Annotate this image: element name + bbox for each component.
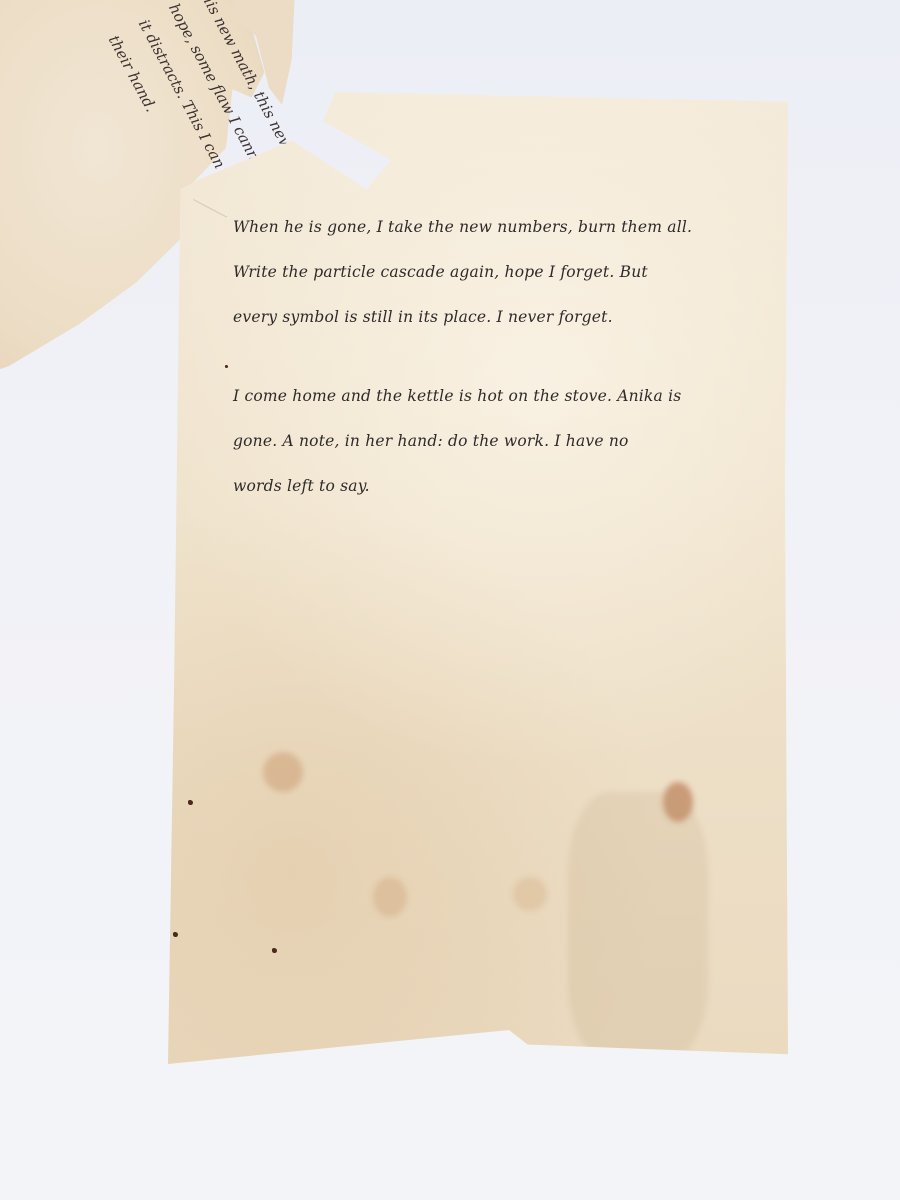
speck: [173, 932, 178, 937]
text-line: every symbol is still in its place. I ne…: [233, 295, 753, 340]
text-line: words left to say.: [233, 464, 753, 509]
text-line: Write the particle cascade again, hope I…: [233, 250, 753, 295]
text-line: gone. A note, in her hand: do the work. …: [233, 419, 753, 464]
stain: [513, 877, 547, 911]
speck: [188, 800, 193, 805]
stain: [263, 752, 303, 792]
text-line: When he is gone, I take the new numbers,…: [233, 205, 753, 250]
crease-shadow: [568, 792, 708, 1062]
stain: [373, 877, 407, 917]
speck: [225, 365, 228, 368]
speck: [272, 948, 277, 953]
photo-scene: this new math, this new hope, some flaw …: [0, 0, 900, 1200]
paragraph: I come home and the kettle is hot on the…: [233, 374, 753, 509]
text-line: I come home and the kettle is hot on the…: [233, 374, 753, 419]
letter-handwriting: When he is gone, I take the new numbers,…: [233, 205, 753, 543]
paragraph: When he is gone, I take the new numbers,…: [233, 205, 753, 340]
